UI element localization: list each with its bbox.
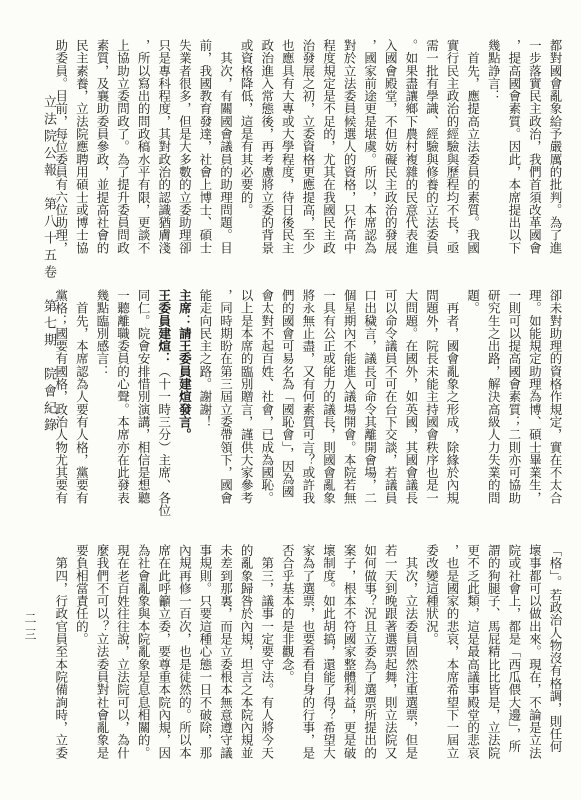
text-column: 其次，有關國會議員的助理問題。目 [220, 39, 233, 256]
text-column: 研究生之出路，解決高級人力失業的問 [487, 289, 500, 506]
text-column: 委改變這種狀況。 [425, 544, 438, 761]
text-column: ，也是國家的悲哀，本席希望下一屆立 [446, 544, 459, 761]
text-column: ，所以寫出的問政稿水平有限，更談不 [137, 39, 150, 256]
text-column: 對於立法委員候選人的資格，只作高中 [343, 39, 356, 256]
speaker-name: 主席：請王委員建煊發言。 [177, 289, 192, 441]
text-column: 以上是本席的臨別贈言，謹供大家參考 [240, 289, 253, 506]
text-column: 一則可以提高國會素質；二則亦可協助 [508, 289, 521, 506]
text-column: 若一天到晚跟著選票起舞，則立法院又 [384, 544, 397, 761]
text-column: 要負相當責任的。 [75, 544, 88, 761]
text-column: 將永無止盡，又有何素質可言？或許我 [302, 289, 315, 506]
text-column: 第四，行政官員至本院備詢時，立委 [55, 544, 68, 761]
text-column: 上協助立委問政了。為了提升委員問政 [117, 39, 130, 256]
text-column: ，提高國會素質。因此，本席提出以下 [508, 39, 521, 256]
text-column: 實行民主政治的經驗與歷程均不長，亟 [446, 39, 459, 256]
text-column: 一步落實民主政治，我們首須改革國會 [528, 39, 541, 256]
text-column: 民主素養，立法院應聘用碩士或博士協 [75, 39, 88, 256]
text-column: 主席：請王委員建煊發言。 [178, 289, 191, 506]
text-column: 事規則。只要這種心態一日不破除，那 [199, 544, 212, 761]
text-column: 治發展之初，立委資格更應提高，至少 [302, 39, 315, 256]
text-column: 問題外，院長未能主持國會秩序也是一 [425, 289, 438, 506]
speaker-name: 王委員建煊： [157, 289, 172, 365]
text-column: 口出穢言，議長可命令其離開會場，二 [364, 289, 377, 506]
text-column: 也應具有大專或大學程度，待日後民主 [281, 39, 294, 256]
text-column: 幾點臨別感言： [96, 289, 109, 506]
text-band-top: 都對國會亂象給予嚴厲的批判。為了進一步落實民主政治，我們首須改革國會，提高國會素… [53, 39, 562, 256]
text-column: 壞制度。如此胡搞，還能了得？希望大 [322, 544, 335, 761]
text-column: 現在老百姓往往說，立法院可以，為什 [117, 544, 130, 761]
text-column: 一聽離職委員的心聲。本席亦在此發表 [117, 289, 130, 506]
text-column: 程度規定是不足的，尤其在我國民主政 [322, 39, 335, 256]
text-column: 幾點諍言： [487, 39, 500, 256]
text-column: 只是專科程度，其對政治的認識猶膚淺 [158, 39, 171, 256]
text-column: 的亂象歸咎於內規，坦言之本院內規並 [240, 544, 253, 761]
text-column: 題。 [467, 289, 480, 506]
text-column: 其次，立法委員固然注重選票，但是 [405, 544, 418, 761]
text-column: 都對國會亂象給予嚴厲的批判。為了進 [549, 39, 562, 256]
text-column: ，同時期盼在第三屆立委帶領下，國會 [220, 289, 233, 506]
text-column: 麼我們不可以？立法委員對社會亂象是 [96, 544, 109, 761]
text-band-bottom: 「格」。若政治人物沒有格調，則任何壞事都可以做出來。現在，不論是立法院或社會上，… [53, 544, 562, 761]
text-column: 失業者很多，但是大多數的立委助理卻 [178, 39, 191, 256]
text-column: 入國會殿堂，不但妨礙民主政治的發展 [384, 39, 397, 256]
text-column: 卻未對助理的資格作規定，實在不太合 [549, 289, 562, 506]
text-column: 可以命令議員不可在台下交談，若議員 [384, 289, 397, 506]
text-column: 理。如能規定助理為博、碩士畢業生， [528, 289, 541, 506]
text-column: 同仁。院會安排惜別演講，相信是想聽 [137, 289, 150, 506]
text-column: 家為了選票，也要看看自身的行事，是 [302, 544, 315, 761]
text-column: 一具有公正或能力的議長，則國會亂象 [322, 289, 335, 506]
text-column: ，國家前途更是堪虞。所以，本席認為 [364, 39, 377, 256]
text-column: 謂的狗腿子、馬屁精比比皆是，立法院 [487, 544, 500, 761]
text-column: 政治進入常態後，再考慮將立委的背景 [261, 39, 274, 256]
text-column: 。如果盡讓鄉下農村複雜的民意代表進 [405, 39, 418, 256]
text-column: 或資格降低，這是有其必要的。 [240, 39, 253, 256]
text-column: 第三，議事一定要守法。有人將今天 [261, 544, 274, 761]
text-column: 「格」。若政治人物沒有格調，則任何 [549, 544, 562, 761]
text-column: 否合乎基本的是非觀念。 [281, 544, 294, 761]
page-number: 二三 [23, 612, 36, 644]
text-column: 內規再修一百次，也是徒然的。所以本 [178, 544, 191, 761]
text-column: 個星期內不能進入議場開會。本院若無 [343, 289, 356, 506]
text-column: 前，我國教育發達，社會上博士、碩士 [199, 39, 212, 256]
text-column: 壞事都可以做出來。現在，不論是立法 [528, 544, 541, 761]
text-column: 王委員建煊：（十一時三分）主席、各位 [158, 289, 171, 506]
text-column: 大問題。在國外，如英國，其國會議長 [405, 289, 418, 506]
text-column: 助委員。目前，每位委員有六位助理， [55, 39, 68, 256]
text-column: 們的國會可易名為「國恥會」，因為國 [281, 289, 294, 506]
text-column: 案子，根本不符國家整體利益，更是破 [343, 544, 356, 761]
text-column: 更不乏此類，這是最高議事殿堂的悲哀 [467, 544, 480, 761]
text-column: 會太對不起百姓、社會，已成為國恥。 [261, 289, 274, 506]
text-column: 院或社會上，都是「西瓜偎大邊」，所 [508, 544, 521, 761]
text-column: 需一批有學識、經驗與修養的立法委員 [425, 39, 438, 256]
text-column: 首先，應提高立法委員的素質。我國 [467, 39, 480, 256]
text-band-middle: 卻未對助理的資格作規定，實在不太合理。如能規定助理為博、碩士畢業生，一則可以提高… [53, 289, 562, 506]
text-column: 未差到那裏，而是立委根本無意遵守議 [220, 544, 233, 761]
gazette-page: 立法院公報 第八十五卷 第七期 院會紀錄 二三 都對國會亂象給予嚴厲的批判。為了… [0, 0, 581, 800]
text-column: 素質，及襄助委員參政，並提高社會的 [96, 39, 109, 256]
text-column: 為社會亂象與本院亂象是息息相關的。 [137, 544, 150, 761]
text-column: 如何做事？況且立委為了選票所提出的 [364, 544, 377, 761]
text-column: 能走向民主之路。謝謝！ [199, 289, 212, 506]
text-column: 再者，國會亂象之形成，除緣於內規 [446, 289, 459, 506]
text-column: 席在此呼籲立委，要尊重本院內規，因 [158, 544, 171, 761]
text-column: 黨格；國要有國格，政治人物尤其要有 [55, 289, 68, 506]
text-column: 首先，本席認為人要有人格，黨要有 [75, 289, 88, 506]
